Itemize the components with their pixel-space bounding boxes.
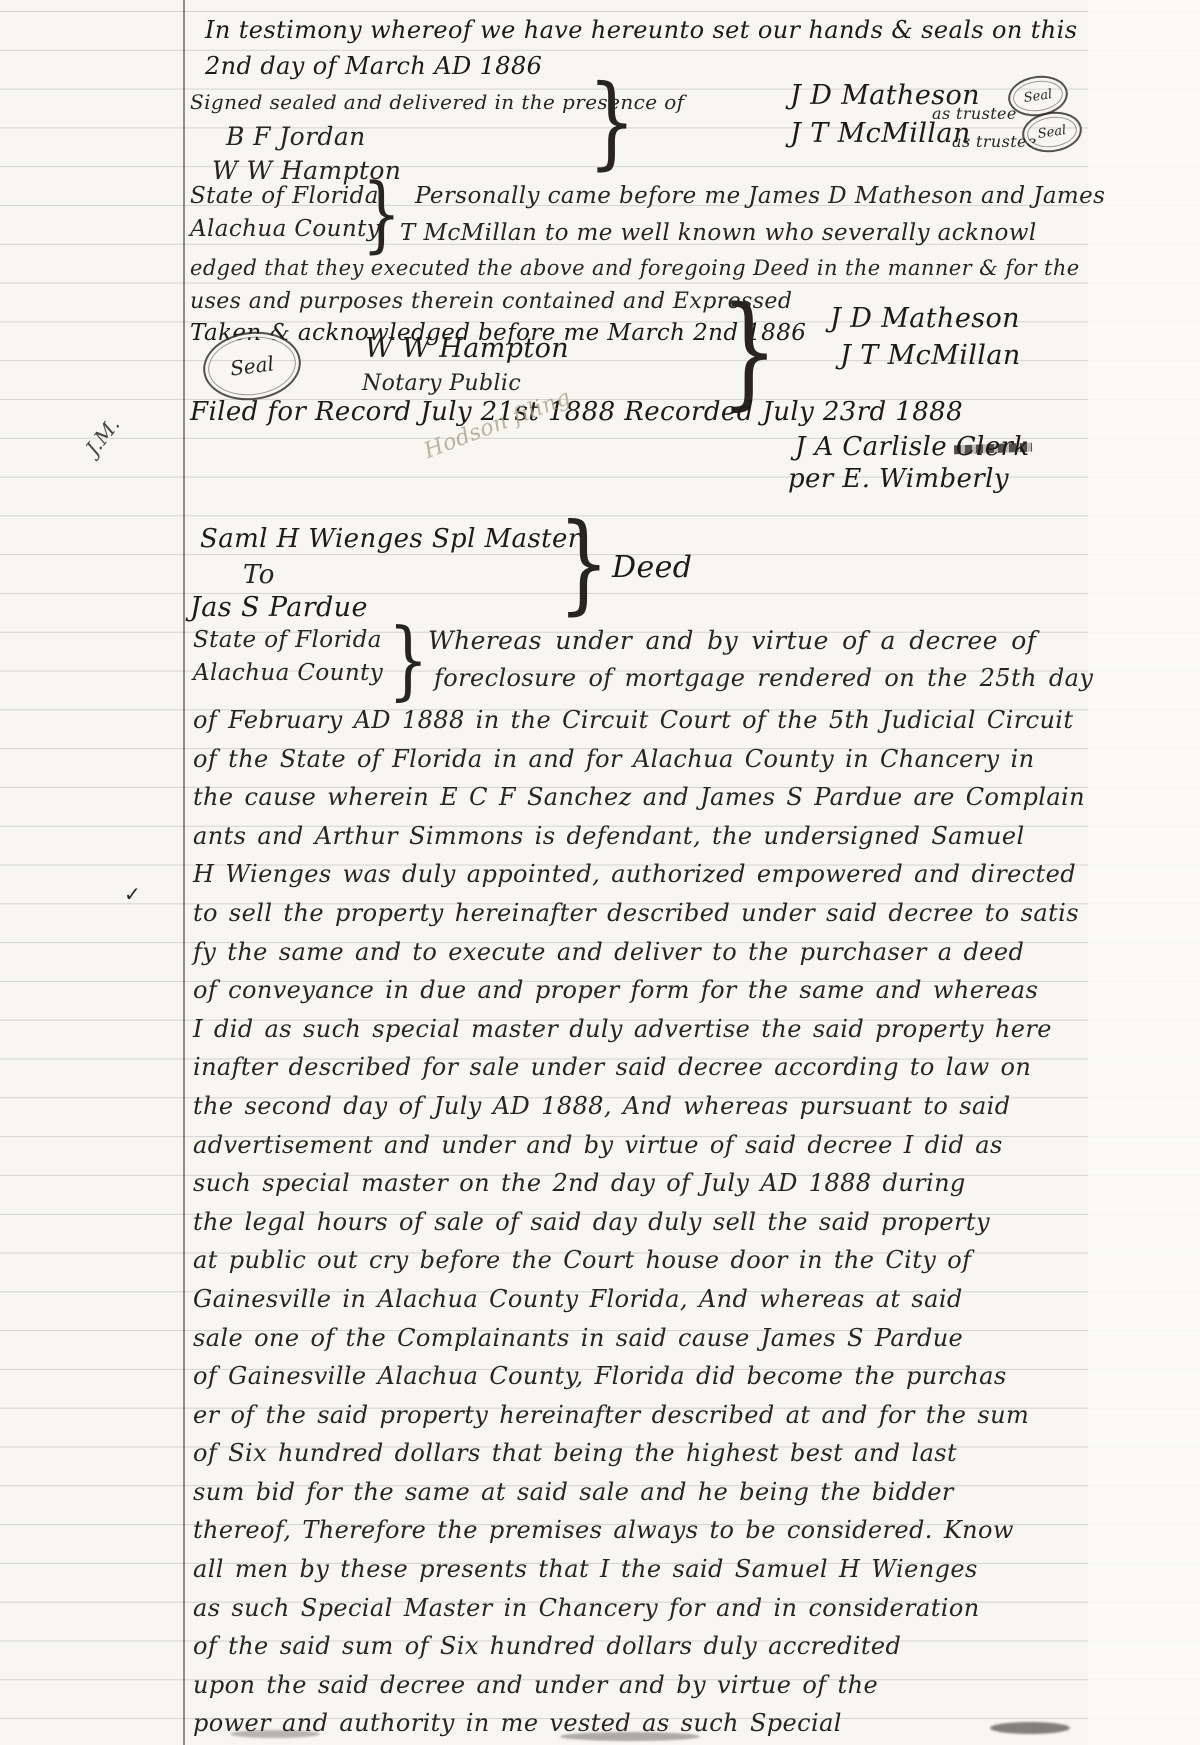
handwritten-line: er of the said property hereinafter desc… bbox=[193, 1401, 1085, 1440]
clerk-name: J A Carlisle bbox=[795, 432, 947, 462]
caption-grantor: Saml H Wienges Spl Master bbox=[200, 524, 581, 554]
margin-initials: J.M. bbox=[80, 412, 124, 459]
clerk-signature: J A Carlisle Clerk bbox=[795, 432, 1029, 462]
handwritten-line: inafter described for sale under said de… bbox=[193, 1053, 1085, 1092]
ledger-margin-line bbox=[183, 0, 185, 1745]
clerk-title-struck: Clerk bbox=[956, 432, 1030, 462]
handwritten-line: such special master on the 2nd day of Ju… bbox=[193, 1169, 1085, 1208]
seal-label: Seal bbox=[1037, 123, 1067, 142]
handwritten-line: of the State of Florida in and for Alach… bbox=[193, 745, 1085, 784]
witness-signature: B F Jordan bbox=[226, 122, 366, 151]
deputy-clerk-signature: per E. Wimberly bbox=[788, 464, 1009, 494]
handwritten-line: of the said sum of Six hundred dollars d… bbox=[193, 1632, 1085, 1671]
scan-smudge bbox=[560, 1732, 700, 1741]
scan-smudge bbox=[990, 1722, 1070, 1734]
body-venue-state: State of Florida bbox=[193, 627, 382, 653]
venue-county: Alachua County bbox=[190, 216, 380, 242]
handwritten-line: thereof, Therefore the premises always t… bbox=[193, 1516, 1085, 1555]
handwritten-line: of February AD 1888 in the Circuit Court… bbox=[193, 706, 1085, 745]
body-venue-county: Alachua County bbox=[193, 660, 383, 686]
jurat-brace-icon: } bbox=[720, 290, 778, 412]
testimonium-line-2: 2nd day of March AD 1886 bbox=[205, 52, 542, 80]
notary-signature: W W Hampton bbox=[365, 333, 569, 364]
handwritten-line: of Gainesville Alachua County, Florida d… bbox=[193, 1362, 1085, 1401]
handwritten-line: to sell the property hereinafter describ… bbox=[193, 899, 1085, 938]
notary-title: Notary Public bbox=[362, 371, 521, 396]
handwritten-line: sum bid for the same at said sale and he… bbox=[193, 1478, 1085, 1517]
acknowledgment-line: T McMillan to me well known who severall… bbox=[400, 220, 1037, 246]
acknowledgment-line: edged that they executed the above and f… bbox=[190, 256, 1080, 280]
deed-body-paragraph: of February AD 1888 in the Circuit Court… bbox=[193, 706, 1085, 1745]
handwritten-line: all men by these presents that I the sai… bbox=[193, 1555, 1085, 1594]
venue-brace-icon: } bbox=[362, 174, 401, 256]
handwritten-line: as such Special Master in Chancery for a… bbox=[193, 1594, 1085, 1633]
handwritten-line: fy the same and to execute and deliver t… bbox=[193, 938, 1085, 977]
body-venue-brace-icon: } bbox=[388, 618, 429, 703]
caption-instrument-label: Deed bbox=[612, 550, 692, 585]
filing-record-line: Filed for Record July 21st 1888 Recorded… bbox=[190, 397, 963, 427]
handwritten-line: sale one of the Complainants in said cau… bbox=[193, 1324, 1085, 1363]
seal-label: Seal bbox=[229, 351, 275, 380]
acknowledgment-line: Personally came before me James D Mathes… bbox=[415, 183, 1105, 209]
acknowledgment-line: uses and purposes therein contained and … bbox=[190, 289, 792, 314]
handwritten-line: of Six hundred dollars that being the hi… bbox=[193, 1439, 1085, 1478]
handwritten-line: the cause wherein E C F Sanchez and Jame… bbox=[193, 783, 1085, 822]
handwritten-line: of conveyance in due and proper form for… bbox=[193, 976, 1085, 1015]
scan-edge-fade bbox=[1088, 0, 1200, 1745]
grantor-signature: J T McMillan bbox=[790, 118, 971, 149]
caption-grantee: Jas S Pardue bbox=[190, 592, 368, 623]
handwritten-line: upon the said decree and under and by vi… bbox=[193, 1671, 1085, 1710]
scanned-deed-page: In testimony whereof we have hereunto se… bbox=[0, 0, 1200, 1745]
jurat-signature: J D Matheson bbox=[830, 303, 1020, 334]
caption-to: To bbox=[243, 560, 275, 590]
handwritten-line: advertisement and under and by virtue of… bbox=[193, 1131, 1085, 1170]
handwritten-line: Gainesville in Alachua County Florida, A… bbox=[193, 1285, 1085, 1324]
deed-body-opening-line: Whereas under and by virtue of a decree … bbox=[428, 626, 1036, 655]
seal-label: Seal bbox=[1023, 87, 1053, 106]
handwritten-line: at public out cry before the Court house… bbox=[193, 1246, 1085, 1285]
deed-body-opening-line: foreclosure of mortgage rendered on the … bbox=[434, 664, 1093, 692]
handwritten-line: the legal hours of sale of said day duly… bbox=[193, 1208, 1085, 1247]
margin-check-mark: ✓ bbox=[124, 882, 141, 906]
handwritten-line: ants and Arthur Simmons is defendant, th… bbox=[193, 822, 1085, 861]
handwritten-line: I did as such special master duly advert… bbox=[193, 1015, 1085, 1054]
scan-smudge bbox=[230, 1730, 320, 1738]
testimonium-line-1: In testimony whereof we have hereunto se… bbox=[205, 16, 1077, 44]
attestation-brace-icon: } bbox=[588, 72, 636, 172]
handwritten-line: the second day of July AD 1888, And wher… bbox=[193, 1092, 1085, 1131]
handwritten-line: H Wienges was duly appointed, authorized… bbox=[193, 860, 1085, 899]
jurat-signature: J T McMillan bbox=[840, 340, 1021, 371]
caption-brace-icon: } bbox=[558, 510, 610, 618]
venue-state: State of Florida bbox=[190, 183, 379, 209]
